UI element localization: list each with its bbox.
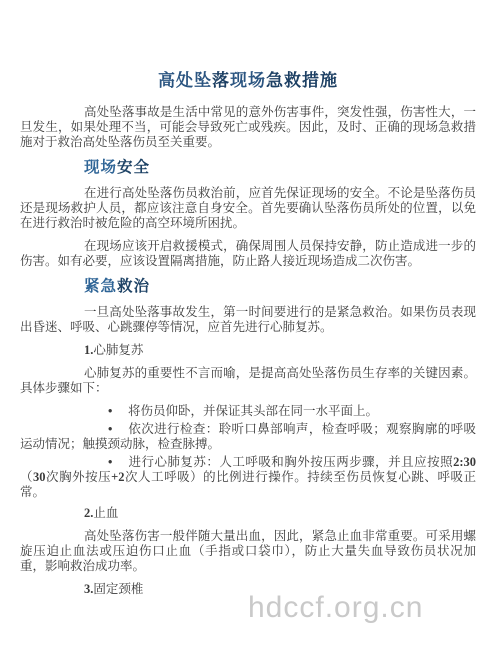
- page-title: 高处坠落现场急救措施: [20, 70, 476, 92]
- cpr-steps-list: 将伤员仰卧，并保证其头部在同一水平面上。 依次进行检查：聆听口鼻部响声，检查呼吸…: [20, 404, 476, 500]
- hemostasis-paragraph: 高处坠落伤害一般伴随大量出血，因此，紧急止血非常重要。可采用螺旋压迫止血法或压迫…: [20, 529, 476, 574]
- section-heading-emergency-treatment: 紧急救治: [84, 277, 476, 297]
- cpr-step-item: 依次进行检查：聆听口鼻部响声，检查呼吸；观察胸廓的呼吸运动情况；触摸颈动脉，检查…: [20, 422, 476, 452]
- scene-safety-paragraph-1: 在进行高处坠落伤员救治前，应首先保证现场的安全。不论是坠落伤员还是现场救护人员，…: [20, 186, 476, 231]
- item-label-cpr: 1.心肺复苏: [84, 343, 476, 358]
- site-watermark: hdccf.org.cn: [248, 591, 423, 625]
- cpr-step-item: 将伤员仰卧，并保证其头部在同一水平面上。: [20, 404, 476, 419]
- document-page: 高处坠落现场急救措施 高处坠落事故是生活中常见的意外伤害事件，突发性强，伤害性大…: [0, 0, 500, 647]
- intro-paragraph: 高处坠落事故是生活中常见的意外伤害事件，突发性强，伤害性大，一旦发生，如果处理不…: [20, 105, 476, 150]
- scene-safety-paragraph-2: 在现场应该开启救援模式，确保周围人员保持安静，防止造成进一步的伤害。如有必要，应…: [20, 239, 476, 269]
- emergency-treatment-paragraph: 一旦高处坠落事故发生，第一时间要进行的是紧急救治。如果伤员表现出昏迷、呼吸、心跳…: [20, 305, 476, 335]
- cpr-intro-paragraph: 心肺复苏的重要性不言而喻，是提高高处坠落伤员生存率的关键因素。具体步骤如下：: [20, 366, 476, 396]
- cpr-step-item: 进行心肺复苏：人工呼吸和胸外按压两步骤，并且应按照2:30（30次胸外按压+2次…: [20, 455, 476, 500]
- section-heading-scene-safety: 现场安全: [84, 158, 476, 178]
- item-label-hemostasis: 2.止血: [84, 506, 476, 521]
